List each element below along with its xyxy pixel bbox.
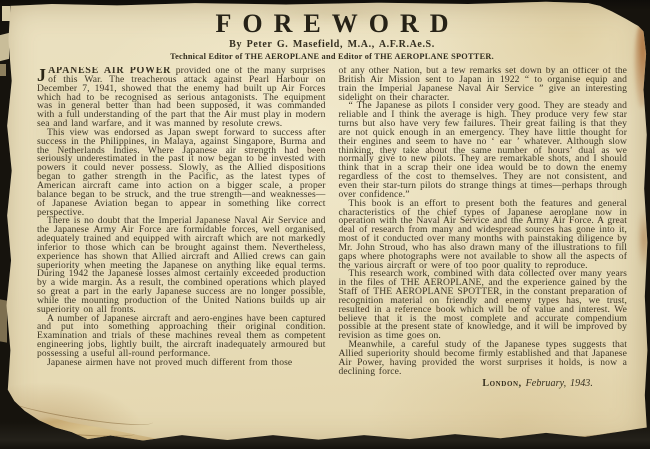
- paper-stain-right-top: [634, 24, 649, 108]
- dateline-place: London,: [482, 378, 521, 389]
- masthead: FOREWORD By Peter G. Masefield, M.A., A.…: [37, 11, 627, 61]
- paragraph-continuation: of any other Nation, but a few remarks s…: [339, 67, 628, 102]
- torn-edge-fragment: [0, 33, 9, 61]
- paragraph: This view was endorsed as Japan swept fo…: [37, 129, 326, 217]
- torn-edge-fragment: [0, 299, 7, 342]
- page-content: FOREWORD By Peter G. Masefield, M.A., A.…: [37, 11, 627, 405]
- paragraph: Meanwhile, a careful study of the Japane…: [339, 341, 628, 376]
- right-column: of any other Nation, but a few remarks s…: [339, 67, 628, 405]
- torn-edge-fragment: [2, 6, 10, 21]
- paragraph: This book is an effort to present both t…: [339, 200, 628, 271]
- editor-subtitle: Technical Editor of THE AEROPLANE and Ed…: [37, 52, 627, 61]
- paragraph: Japanese airmen have not proved much dif…: [37, 359, 326, 368]
- paragraph: This research work, combined with data c…: [339, 270, 628, 341]
- drop-cap: J: [37, 68, 46, 83]
- paper-crease: [521, 426, 616, 441]
- desk-background: FOREWORD By Peter G. Masefield, M.A., A.…: [0, 0, 650, 449]
- torn-edge-fragment: [0, 64, 6, 76]
- book-page: FOREWORD By Peter G. Masefield, M.A., A.…: [0, 0, 650, 449]
- text-columns: JAPANESE AIR POWER provided one of the m…: [37, 67, 627, 405]
- author-byline: By Peter G. Masefield, M.A., A.F.R.Ae.S.: [37, 39, 627, 50]
- paragraph-text: provided one of the many surprises of th…: [37, 67, 326, 129]
- paragraph-quote: “ The Japanese as pilots I consider very…: [339, 102, 628, 199]
- paragraph: A number of Japanese aircraft and aero-e…: [37, 315, 326, 359]
- left-column: JAPANESE AIR POWER provided one of the m…: [37, 67, 326, 405]
- dateline-date: February, 1943.: [526, 378, 593, 389]
- paper-stain-right-middle: [638, 210, 650, 268]
- page-title: FOREWORD: [37, 11, 627, 37]
- dateline: London, February, 1943.: [339, 380, 628, 389]
- paragraph-lead: JAPANESE AIR POWER provided one of the m…: [37, 67, 326, 129]
- paragraph: There is no doubt that the Imperial Japa…: [37, 217, 326, 314]
